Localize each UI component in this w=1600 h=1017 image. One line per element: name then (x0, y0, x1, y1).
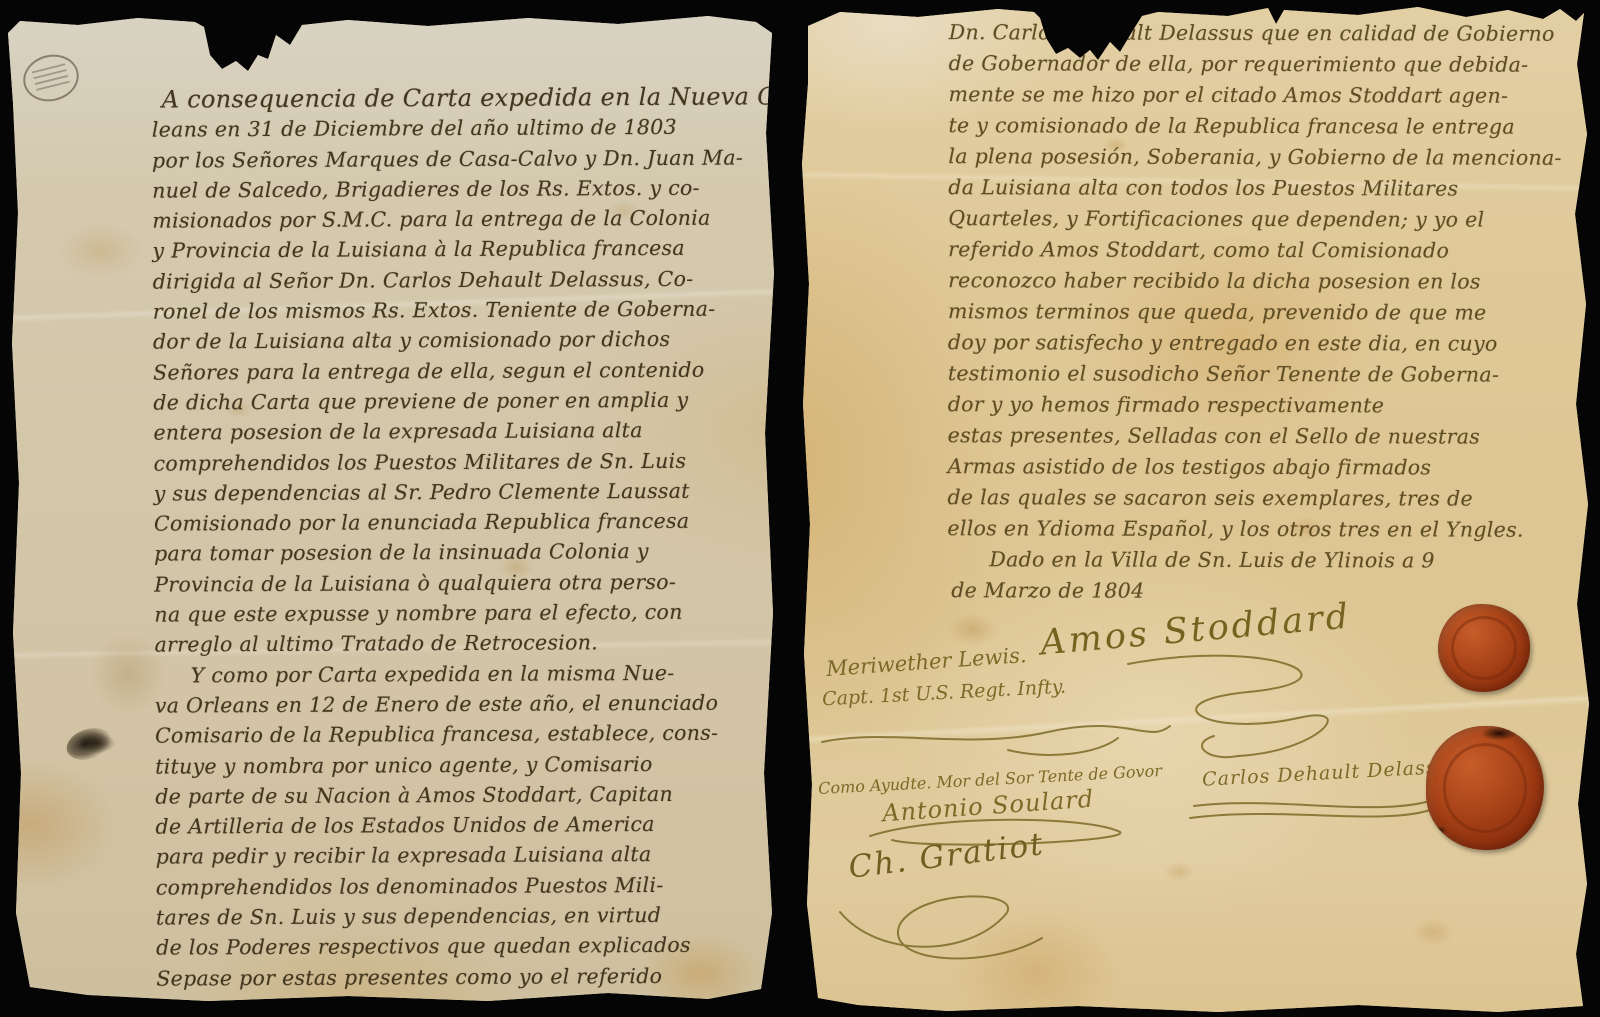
manuscript-text-right: Dn. Carlos Dehault Delassus que en calid… (947, 17, 1585, 608)
manuscript-line: reconozco haber recibido la dicha posesi… (948, 265, 1584, 298)
signature-meriwether-lewis: Meriwether Lewis. (825, 643, 1027, 681)
document-photo: A consequencia de Carta expedida en la N… (0, 0, 1600, 1017)
gratiot-flourish-icon (828, 886, 1058, 962)
manuscript-line: ronel de los mismos Rs. Extos. Teniente … (153, 293, 765, 327)
library-stamp-icon (18, 49, 83, 107)
manuscript-line: tituye y nombra por unico agente, y Comi… (155, 748, 767, 782)
manuscript-line: de Gobernador de ella, por requerimiento… (949, 48, 1585, 81)
manuscript-line: mente se me hizo por el citado Amos Stod… (949, 79, 1585, 112)
manuscript-line: comprehendidos los Puestos Militares de … (154, 445, 766, 479)
manuscript-line: y Provincia de la Luisiana à la Republic… (152, 233, 764, 267)
manuscript-line: mismos terminos que queda, prevenido de … (948, 296, 1584, 329)
manuscript-line: ellos en Ydioma Español, y los otros tre… (947, 513, 1583, 546)
manuscript-line: por los Señores Marques de Casa-Calvo y … (152, 142, 764, 176)
manuscript-line: Dn. Carlos Dehault Delassus que en calid… (949, 17, 1585, 50)
manuscript-line: Provincia de la Luisiana ò qualquiera ot… (154, 566, 766, 600)
manuscript-line: Comisionado por la enunciada Republica f… (154, 506, 766, 540)
manuscript-line: de los Poderes respectivos que quedan ex… (156, 930, 768, 964)
manuscript-line: A consequencia de Carta expedida en la N… (152, 81, 764, 115)
manuscript-line: de parte de su Nacion à Amos Stoddart, C… (155, 778, 767, 812)
manuscript-line: entera posesion de la expresada Luisiana… (153, 415, 765, 449)
manuscript-line: para tomar posesion de la insinuada Colo… (154, 536, 766, 570)
manuscript-line: de Artilleria de los Estados Unidos de A… (155, 809, 767, 843)
manuscript-line: leans en 31 de Diciembre del año ultimo … (152, 112, 764, 146)
manuscript-line: nuel de Salcedo, Brigadieres de los Rs. … (152, 172, 764, 206)
manuscript-line: da Luisiana alta con todos los Puestos M… (948, 172, 1584, 205)
manuscript-line: dor y yo hemos firmado respectivamente (948, 389, 1584, 422)
manuscript-line: tares de Sn. Luis y sus dependencias, en… (156, 899, 768, 933)
manuscript-page-left: A consequencia de Carta expedida en la N… (8, 13, 778, 1003)
manuscript-line: Armas asistido de los testigos abajo fir… (948, 451, 1584, 484)
manuscript-text-left: A consequencia de Carta expedida en la N… (152, 81, 769, 993)
manuscript-page-right: Dn. Carlos Dehault Delassus que en calid… (798, 4, 1592, 1013)
manuscript-line: referido Amos Stoddart, como tal Comisio… (948, 234, 1584, 267)
manuscript-line: dor de la Luisiana alta y comisionado po… (153, 324, 765, 358)
manuscript-line: testimonio el susodicho Señor Tenente de… (948, 358, 1584, 391)
manuscript-line: doy por satisfecho y entregado en este d… (948, 327, 1584, 360)
manuscript-line: dirigida al Señor Dn. Carlos Dehault Del… (153, 263, 765, 297)
manuscript-line: Y como por Carta expedida en la misma Nu… (155, 657, 767, 691)
manuscript-line: te y comisionado de la Republica frances… (948, 110, 1584, 143)
manuscript-line: Quarteles, y Fortificaciones que depende… (948, 203, 1584, 236)
signature-lewis-title: Capt. 1st U.S. Regt. Infty. (822, 676, 1067, 711)
manuscript-line: comprehendidos los denominados Puestos M… (156, 869, 768, 903)
manuscript-line: misionados por S.M.C. para la entrega de… (152, 203, 764, 237)
lewis-flourish-icon (818, 716, 1178, 762)
manuscript-line: y sus dependencias al Sr. Pedro Clemente… (154, 475, 766, 509)
manuscript-line: de dicha Carta que previene de poner en … (153, 384, 765, 418)
manuscript-line: na que este expusse y nombre para el efe… (154, 596, 766, 630)
manuscript-line: Dado en la Villa de Sn. Luis de Ylinois … (947, 544, 1583, 577)
wax-seal-upper-icon (1438, 604, 1530, 692)
manuscript-line: arreglo al ultimo Tratado de Retrocesion… (154, 627, 766, 661)
manuscript-line: va Orleans en 12 de Enero de este año, e… (155, 687, 767, 721)
manuscript-line: la plena posesión, Soberania, y Gobierno… (948, 141, 1584, 174)
manuscript-line: Comisario de la Republica francesa, esta… (155, 718, 767, 752)
manuscript-line: para pedir y recibir la expresada Luisia… (156, 839, 768, 873)
ink-blot-icon (62, 723, 115, 766)
manuscript-line: de las quales se sacaron seis exemplares… (947, 482, 1583, 515)
wax-seal-lower-icon (1426, 726, 1544, 850)
manuscript-line: estas presentes, Selladas con el Sello d… (948, 420, 1584, 453)
manuscript-line: Sepase por estas presentes como yo el re… (156, 960, 768, 994)
manuscript-line: Señores para la entrega de ella, segun e… (153, 354, 765, 388)
library-stamp-text-illegible (32, 63, 70, 93)
delassus-flourish-icon (1190, 794, 1434, 834)
